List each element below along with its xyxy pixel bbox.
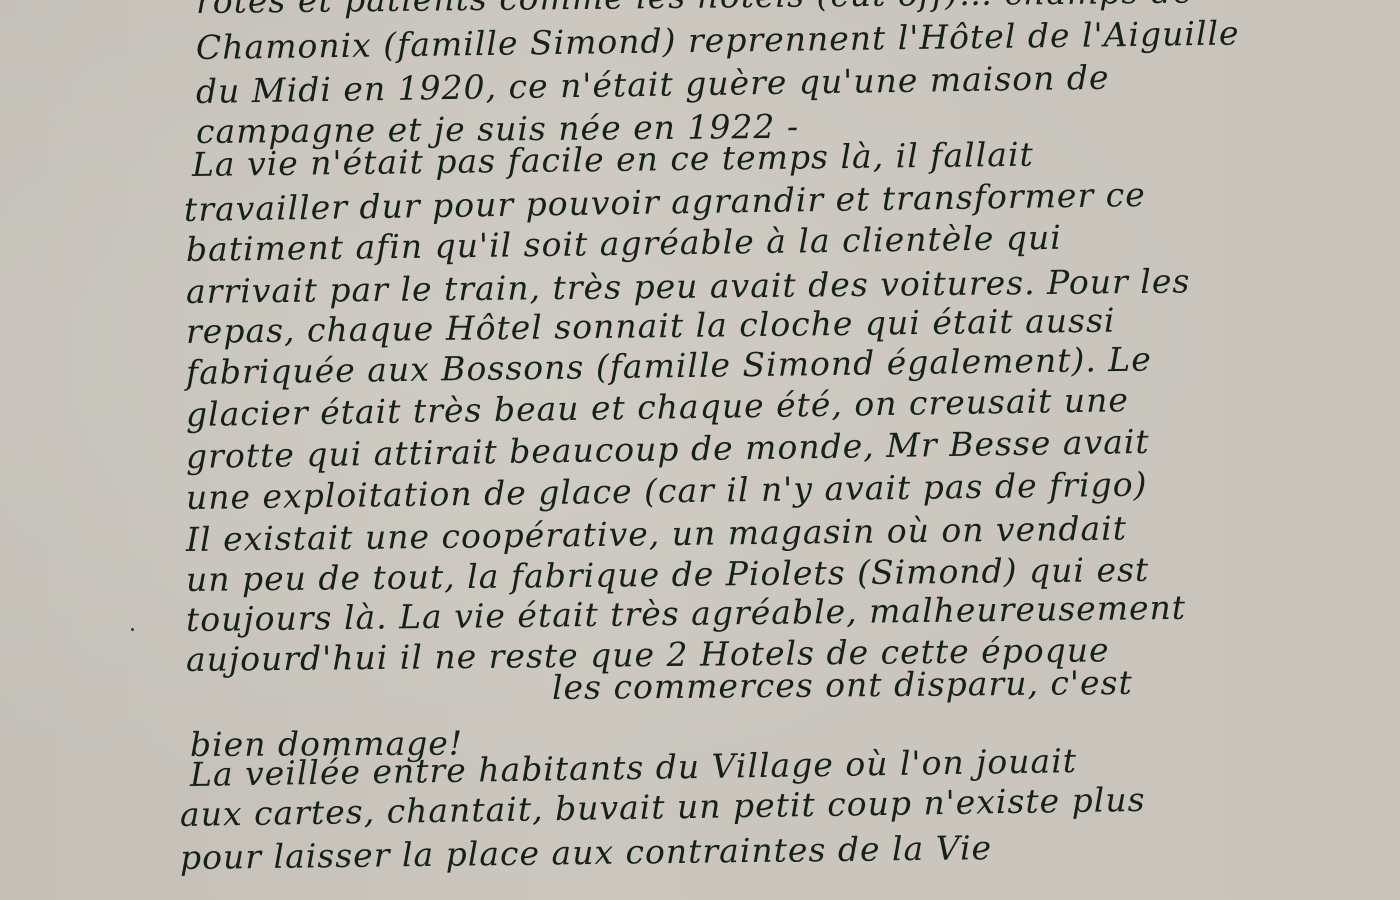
text-line-18: les commerces ont disparu, c'est	[552, 663, 1133, 707]
handwritten-letter-page: rotes et patients comme les hôtels (cut …	[0, 0, 1400, 900]
text-line-22: pour laisser la place aux contraintes de…	[180, 828, 993, 877]
paper-speck	[131, 628, 134, 631]
text-line-3: du Midi en 1920, ce n'était guère qu'une…	[196, 58, 1110, 111]
